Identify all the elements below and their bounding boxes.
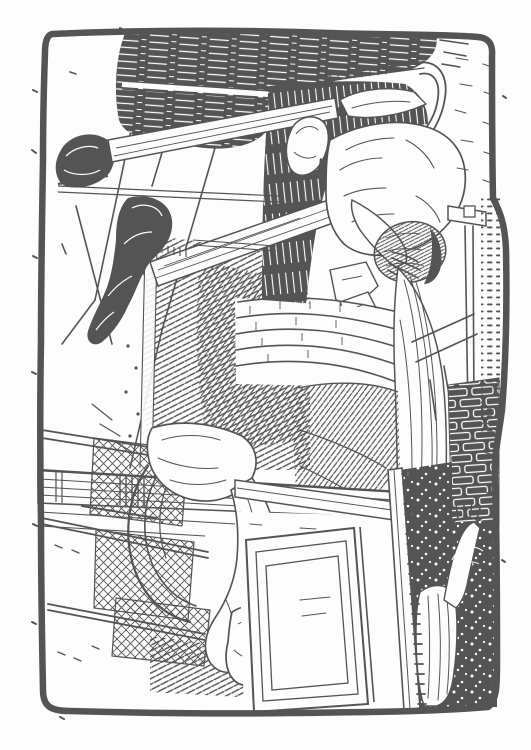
border-shading bbox=[481, 196, 500, 434]
woodcut-illustration: Woodcut storybook illustration (rotated … bbox=[0, 0, 531, 750]
